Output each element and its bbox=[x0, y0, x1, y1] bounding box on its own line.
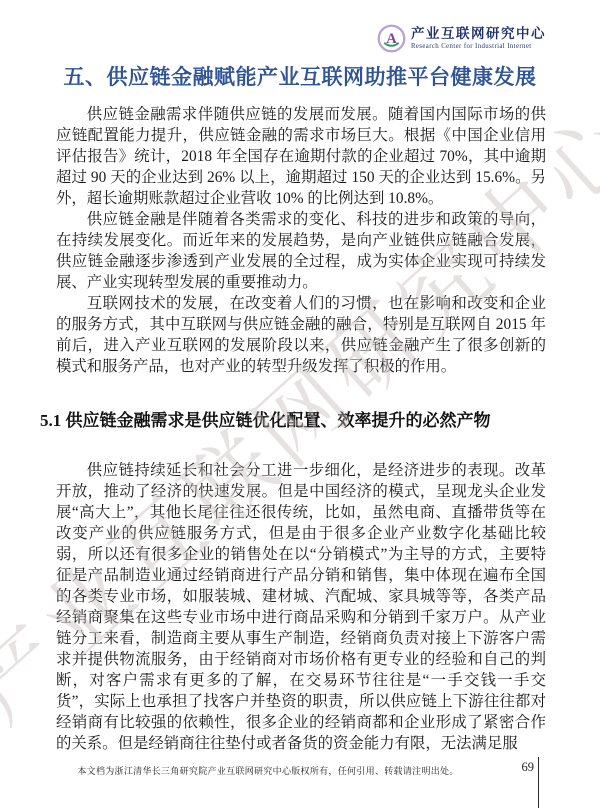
org-name-cn: 产业互联网研究中心 bbox=[411, 27, 546, 42]
page-edge-divider bbox=[538, 757, 539, 808]
chapter-title: 五、供应链金融赋能产业互联网助推平台健康发展 bbox=[0, 61, 600, 91]
footer-copyright: 本文档为浙江清华长三角研究院产业互联网研究中心版权所有，任何引用、转载请注明出处… bbox=[0, 764, 536, 777]
intro-paragraph-3: 互联网技术的发展，在改变着人们的习惯，也在影响和改变和企业的服务方式，其中互联网… bbox=[56, 293, 546, 377]
document-body: 供应链金融需求伴随供应链的发展而发展。随着国内国际市场的供应链配置能力提升，供应… bbox=[56, 104, 546, 754]
intro-paragraph-2: 供应链金融是伴随着各类需求的变化、科技的进步和政策的导向，在持续发展变化。而近年… bbox=[56, 209, 546, 293]
org-logo-icon: A bbox=[377, 24, 406, 53]
section-5-1-heading: 5.1 供应链金融需求是供应链优化配置、效率提升的必然产物 bbox=[40, 406, 546, 431]
org-logo-text: 产业互联网研究中心 Research Center for Industrial… bbox=[411, 27, 546, 50]
intro-paragraph-1: 供应链金融需求伴随供应链的发展而发展。随着国内国际市场的供应链配置能力提升，供应… bbox=[56, 104, 546, 209]
document-page: A 产业互联网研究中心 Research Center for Industri… bbox=[0, 0, 600, 808]
page-number: 69 bbox=[514, 760, 534, 775]
section-5-1-paragraph-1: 供应链持续延长和社会分工进一步细化，是经济进步的表现。改革开放，推动了经济的快速… bbox=[56, 460, 546, 754]
header: A 产业互联网研究中心 Research Center for Industri… bbox=[377, 24, 546, 53]
org-name-en: Research Center for Industrial Internet bbox=[411, 43, 546, 50]
